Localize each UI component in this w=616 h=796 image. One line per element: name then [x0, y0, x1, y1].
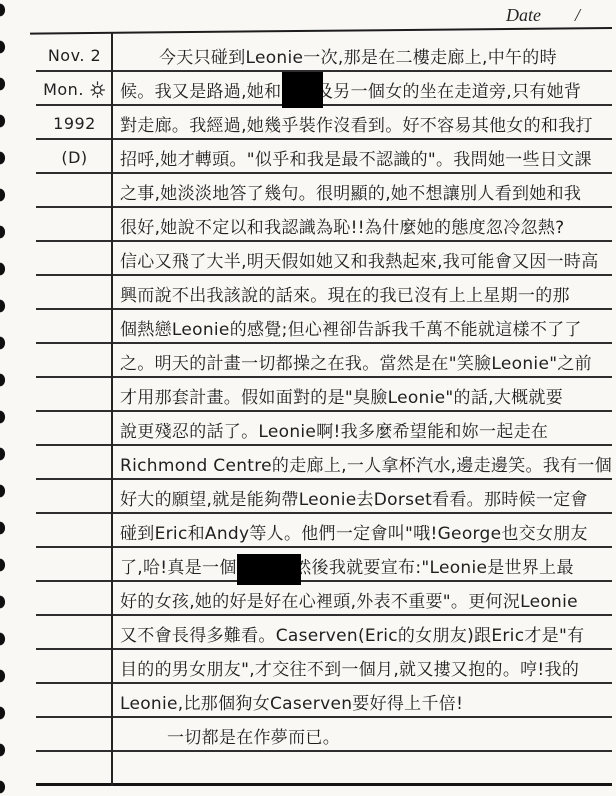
notebook-row: [36, 752, 612, 786]
date-cell: (D): [36, 148, 113, 172]
notebook-row: 1992 對走廊。我經過,她幾乎裝作沒看到。好不容易其他女的和我打: [36, 106, 612, 140]
date-cell: [36, 711, 113, 716]
diary-line: 之。明天的計畫一切都操之在我。當然是在"笑臉Leonie"之前: [113, 356, 612, 376]
notebook-row: 信心又飛了大半,明天假如她又和我熱起來,我可能會又因一時高: [36, 242, 612, 276]
date-cell: [36, 269, 113, 274]
diary-line: 個熱戀Leonie的感覺;但心裡卻告訴我千萬不能就這樣不了了: [113, 322, 612, 342]
diary-line: Leonie,比那個狗女Caserven要好得上千倍!: [113, 696, 612, 716]
date-cell: [36, 303, 113, 308]
notebook-row: 一切都是在作夢而已。: [36, 718, 612, 752]
diary-line: 候。我又是路過,她和 及另一個女的坐在走道旁,只有她背: [113, 84, 612, 104]
date-cell: [36, 507, 113, 512]
date-cell: [36, 778, 113, 783]
diary-line: 一切都是在作夢而已。: [113, 730, 612, 750]
notebook-row: 目的的男女朋友",才交往不到一個月,就又摟又抱的。哼!我的: [36, 650, 612, 684]
notebook-table: Nov. 2 今天只碰到Leonie一次,那是在二樓走廊上,中午的時 Mon. …: [36, 38, 612, 786]
diary-line: 之事,她淡淡地答了幾句。很明顯的,她不想讓別人看到她和我: [113, 186, 612, 206]
notebook-row: 之事,她淡淡地答了幾句。很明顯的,她不想讓別人看到她和我: [36, 174, 612, 208]
notebook-row: Richmond Centre的走廊上,一人拿杯汽水,邊走邊笑。我有一個: [36, 446, 612, 480]
notebook-row: 個熱戀Leonie的感覺;但心裡卻告訴我千萬不能就這樣不了了: [36, 310, 612, 344]
date-cell: [36, 643, 113, 648]
date-cell: [36, 745, 113, 750]
diary-line: 目的的男女朋友",才交往不到一個月,就又摟又抱的。哼!我的: [113, 662, 612, 682]
diary-line: 又不會長得多難看。Caserven(Eric的女朋友)跟Eric才是"有: [113, 628, 612, 648]
diary-line: 好大的願望,就是能夠帶Leonie去Dorset看看。那時候一定會: [113, 492, 612, 512]
date-cell: [36, 235, 113, 240]
date-weekday: Mon.: [43, 80, 84, 99]
date-note: (D): [61, 148, 87, 167]
notebook-row: 說更殘忍的話了。Leonie啊!我多麼希望能和妳一起走在: [36, 412, 612, 446]
diary-line: 了,哈!真是一個 然後我就要宣布:"Leonie是世界上最: [113, 560, 612, 580]
notebook-row: 又不會長得多難看。Caserven(Eric的女朋友)跟Eric才是"有: [36, 616, 612, 650]
date-slash: /: [575, 5, 580, 26]
notebook-row: 好大的願望,就是能夠帶Leonie去Dorset看看。那時候一定會: [36, 480, 612, 514]
date-month-day: Nov. 2: [48, 46, 101, 65]
date-cell: [36, 371, 113, 376]
date-cell: 1992: [36, 114, 113, 138]
date-cell: [36, 609, 113, 614]
diary-line: 興而說不出我該說的話來。現在的我已沒有上上星期一的那: [113, 288, 612, 308]
notebook-row: Mon. 候。我又是路過,她和 及另一個女的坐在走道旁,只有她背: [36, 72, 612, 106]
top-rule: [30, 27, 612, 35]
diary-line: [113, 780, 612, 783]
diary-page: Date / Nov. 2 今天只碰到Leonie一次,那是在二樓走廊上,中午的…: [0, 0, 616, 796]
date-cell: [36, 541, 113, 546]
diary-line: 碰到Eric和Andy等人。他們一定會叫"哦!George也交女朋友: [113, 526, 612, 546]
notebook-row: 好的女孩,她的好是好在心裡頭,外表不重要"。更何況Leonie: [36, 582, 612, 616]
date-cell: [36, 677, 113, 682]
diary-line: 信心又飛了大半,明天假如她又和我熱起來,我可能會又因一時高: [113, 254, 612, 274]
diary-line: 招呼,她才轉頭。"似乎和我是最不認識的"。我問她一些日文課: [113, 152, 612, 172]
redaction-box: [237, 554, 301, 585]
date-cell: Mon.: [36, 78, 113, 104]
column-divider: [111, 33, 113, 786]
date-year: 1992: [53, 114, 96, 133]
date-cell: [36, 575, 113, 580]
notebook-row: 碰到Eric和Andy等人。他們一定會叫"哦!George也交女朋友: [36, 514, 612, 548]
notebook-row: 才用那套計畫。假如面對的是"臭臉Leonie"的話,大概就要: [36, 378, 612, 412]
notebook-row: Nov. 2 今天只碰到Leonie一次,那是在二樓走廊上,中午的時: [36, 38, 612, 72]
notebook-row: 興而說不出我該說的話來。現在的我已沒有上上星期一的那: [36, 276, 612, 310]
notebook-row: (D) 招呼,她才轉頭。"似乎和我是最不認識的"。我問她一些日文課: [36, 140, 612, 174]
notebook-row: Leonie,比那個狗女Caserven要好得上千倍!: [36, 684, 612, 718]
diary-line: 對走廊。我經過,她幾乎裝作沒看到。好不容易其他女的和我打: [113, 118, 612, 138]
date-cell: Nov. 2: [36, 46, 113, 70]
diary-line: 好的女孩,她的好是好在心裡頭,外表不重要"。更何況Leonie: [113, 594, 612, 614]
date-cell: [36, 405, 113, 410]
notebook-row: 很好,她說不定以和我認識為恥!!為什麼她的態度忽冷忽熱?: [36, 208, 612, 242]
date-label: Date: [506, 5, 541, 26]
date-header: Date /: [506, 5, 580, 26]
date-cell: [36, 473, 113, 478]
notebook-row: 了,哈!真是一個 然後我就要宣布:"Leonie是世界上最: [36, 548, 612, 582]
diary-line: 很好,她說不定以和我認識為恥!!為什麼她的態度忽冷忽熱?: [113, 220, 612, 240]
date-cell: [36, 337, 113, 342]
notebook-row: 之。明天的計畫一切都操之在我。當然是在"笑臉Leonie"之前: [36, 344, 612, 378]
diary-line: 才用那套計畫。假如面對的是"臭臉Leonie"的話,大概就要: [113, 390, 612, 410]
diary-line: Richmond Centre的走廊上,一人拿杯汽水,邊走邊笑。我有一個: [113, 458, 612, 478]
binder-holes: [0, 0, 14, 796]
redaction-box: [282, 72, 323, 108]
sun-doodle-icon: [89, 83, 106, 102]
date-cell: [36, 439, 113, 444]
diary-line: 說更殘忍的話了。Leonie啊!我多麼希望能和妳一起走在: [113, 424, 612, 444]
diary-line: 今天只碰到Leonie一次,那是在二樓走廊上,中午的時: [113, 50, 612, 70]
date-cell: [36, 201, 113, 206]
